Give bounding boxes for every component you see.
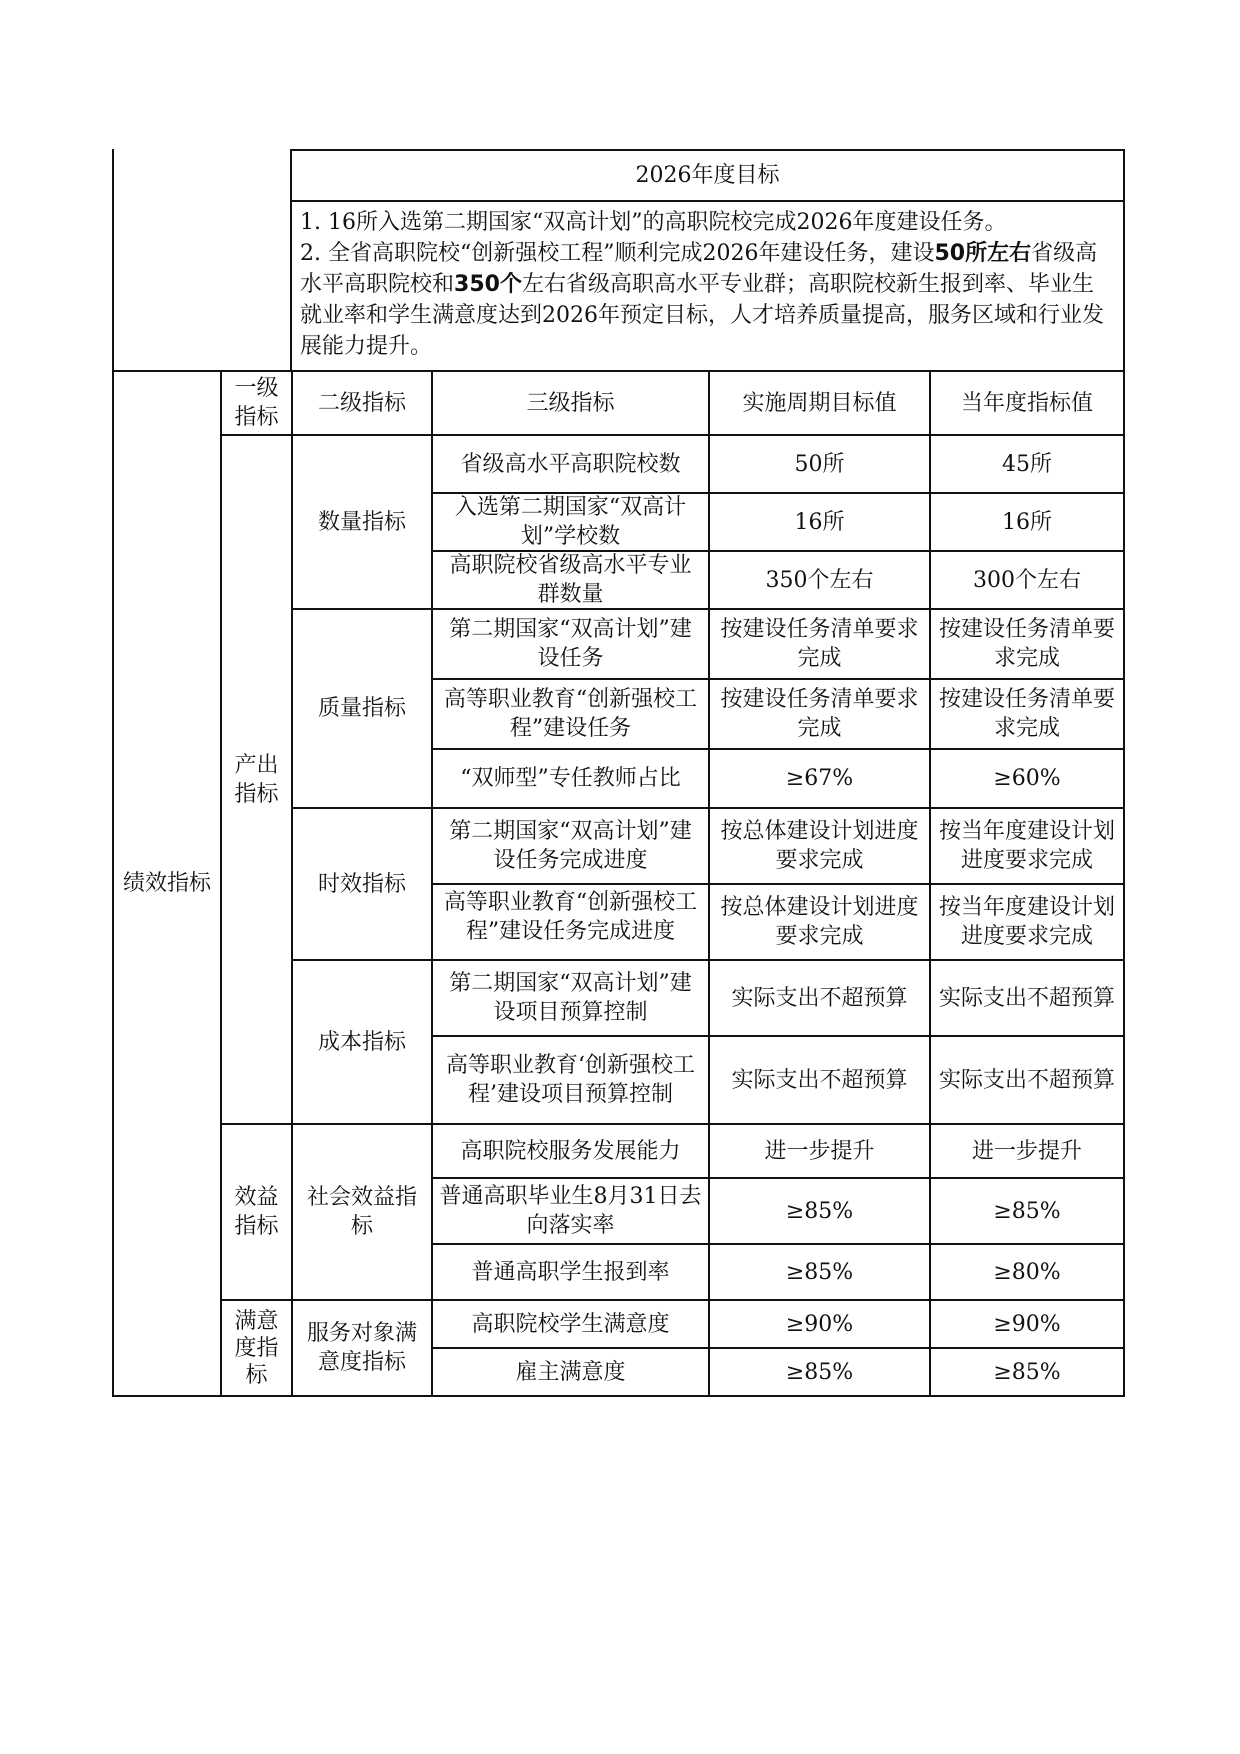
header-text: 三级指标: [526, 389, 614, 418]
table-row-annual: 实际支出不超预算: [929, 959, 1125, 1037]
level2-text: 社会效益指标: [299, 1183, 425, 1241]
annual-text: 按建设任务清单要求完成: [937, 685, 1117, 743]
header-annual-target: 当年度指标值: [929, 370, 1125, 436]
level2-text: 服务对象满意度指标: [303, 1319, 421, 1377]
section-label-text: 绩效指标: [123, 869, 211, 898]
period-text: ≥85%: [786, 1358, 853, 1387]
section-label-performance: 绩效指标: [112, 370, 222, 1397]
table-row-period: ≥67%: [708, 748, 931, 809]
annual-text: 300个左右: [973, 566, 1081, 595]
annual-text: ≥85%: [993, 1358, 1060, 1387]
table-row-period: 按总体建设计划进度要求完成: [708, 883, 931, 961]
goal-bold-text: 350个: [454, 272, 522, 297]
indicator-text: “双师型”专任教师占比: [460, 764, 681, 793]
level1-text: 满意度指标: [230, 1308, 283, 1389]
level1-text: 产出指标: [232, 751, 281, 809]
period-text: 16所: [795, 508, 845, 537]
period-text: 按总体建设计划进度要求完成: [716, 817, 923, 875]
year-goal-title-text: 2026年度目标: [636, 161, 780, 190]
indicator-text: 第二期国家“双高计划”建设项目预算控制: [439, 969, 702, 1027]
table-row-indicator: “双师型”专任教师占比: [431, 748, 710, 809]
table-row-annual: ≥85%: [929, 1177, 1125, 1245]
header-level2: 二级指标: [291, 370, 433, 436]
level1-output: 产出指标: [220, 434, 293, 1125]
indicator-text: 高职院校服务发展能力: [460, 1137, 680, 1166]
table-row-period: 实际支出不超预算: [708, 1035, 931, 1125]
level2-text: 数量指标: [318, 508, 406, 537]
header-text: 二级指标: [318, 389, 406, 418]
indicator-text: 高等职业教育“创新强校工程”建设任务完成进度: [439, 888, 702, 946]
level2-service-satisfaction: 服务对象满意度指标: [291, 1299, 433, 1397]
level2-timeliness: 时效指标: [291, 807, 433, 961]
indicator-text: 第二期国家“双高计划”建设任务: [439, 615, 702, 673]
goal-line-2: 2. 全省高职院校“创新强校工程”顺利完成2026年建设任务，建设50所左右省级…: [300, 238, 1115, 362]
table-row-annual: ≥90%: [929, 1299, 1125, 1349]
table-row-annual: ≥60%: [929, 748, 1125, 809]
indicator-text: 省级高水平高职院校数: [460, 450, 680, 479]
table-row-indicator: 高等职业教育‘创新强校工程’建设项目预算控制: [431, 1035, 710, 1125]
table-row-annual: 实际支出不超预算: [929, 1035, 1125, 1125]
table-row-annual: 按建设任务清单要求完成: [929, 678, 1125, 750]
level2-text: 成本指标: [318, 1028, 406, 1057]
indicator-text: 普通高职学生报到率: [471, 1258, 669, 1287]
annual-text: ≥60%: [993, 764, 1060, 793]
table-row-annual: 按建设任务清单要求完成: [929, 608, 1125, 680]
level2-text: 质量指标: [318, 694, 406, 723]
level2-text: 时效指标: [318, 870, 406, 899]
table-row-indicator: 入选第二期国家“双高计划”学校数: [431, 492, 710, 552]
indicator-text: 高等职业教育“创新强校工程”建设任务: [439, 685, 702, 743]
header-text: 当年度指标值: [961, 389, 1093, 418]
indicator-text: 第二期国家“双高计划”建设任务完成进度: [439, 817, 702, 875]
indicator-text: 高等职业教育‘创新强校工程’建设项目预算控制: [439, 1051, 702, 1109]
table-row-annual: ≥80%: [929, 1243, 1125, 1301]
table-row-period: 350个左右: [708, 550, 931, 610]
level2-cost: 成本指标: [291, 959, 433, 1125]
table-row-period: ≥85%: [708, 1347, 931, 1397]
level2-quality: 质量指标: [291, 608, 433, 809]
table-row-indicator: 第二期国家“双高计划”建设项目预算控制: [431, 959, 710, 1037]
header-text: 一级指标: [232, 374, 281, 432]
level2-social-benefit: 社会效益指标: [291, 1123, 433, 1301]
header-period-target: 实施周期目标值: [708, 370, 931, 436]
table-row-annual: 300个左右: [929, 550, 1125, 610]
table-row-indicator: 省级高水平高职院校数: [431, 434, 710, 494]
period-text: 进一步提升: [764, 1137, 874, 1166]
table-row-annual: 16所: [929, 492, 1125, 552]
header-text: 实施周期目标值: [742, 389, 896, 418]
annual-text: 按建设任务清单要求完成: [937, 615, 1117, 673]
period-text: 350个左右: [766, 566, 874, 595]
indicator-text: 入选第二期国家“双高计划”学校数: [439, 493, 702, 551]
annual-text: 按当年度建设计划进度要求完成: [937, 893, 1117, 951]
annual-text: 按当年度建设计划进度要求完成: [937, 817, 1117, 875]
left-border-continuation: [112, 149, 114, 372]
annual-text: 16所: [1002, 508, 1052, 537]
indicator-text: 高职院校学生满意度: [471, 1310, 669, 1339]
annual-text: ≥85%: [993, 1197, 1060, 1226]
table-row-indicator: 高职院校服务发展能力: [431, 1123, 710, 1179]
table-row-period: 16所: [708, 492, 931, 552]
period-text: ≥90%: [786, 1310, 853, 1339]
header-level3: 三级指标: [431, 370, 710, 436]
level1-benefit: 效益指标: [220, 1123, 293, 1301]
table-row-indicator: 雇主满意度: [431, 1347, 710, 1397]
level1-text: 效益指标: [232, 1183, 281, 1241]
table-row-period: 按建设任务清单要求完成: [708, 608, 931, 680]
annual-text: 实际支出不超预算: [939, 1066, 1115, 1095]
table-row-annual: ≥85%: [929, 1347, 1125, 1397]
period-text: 实际支出不超预算: [731, 984, 907, 1013]
table-row-period: 进一步提升: [708, 1123, 931, 1179]
goal-line-1: 1. 16所入选第二期国家“双高计划”的高职院校完成2026年度建设任务。: [300, 207, 1115, 238]
table-row-period: 按建设任务清单要求完成: [708, 678, 931, 750]
goal-bold-text: 50所左右: [934, 241, 1031, 266]
table-row-indicator: 普通高职学生报到率: [431, 1243, 710, 1301]
period-text: ≥85%: [786, 1258, 853, 1287]
period-text: 实际支出不超预算: [731, 1066, 907, 1095]
level1-satisfaction: 满意度指标: [220, 1299, 293, 1397]
table-row-indicator: 第二期国家“双高计划”建设任务: [431, 608, 710, 680]
table-row-annual: 45所: [929, 434, 1125, 494]
period-text: 按总体建设计划进度要求完成: [716, 893, 923, 951]
table-row-period: 按总体建设计划进度要求完成: [708, 807, 931, 885]
year-goal-description: 1. 16所入选第二期国家“双高计划”的高职院校完成2026年度建设任务。 2.…: [290, 200, 1125, 372]
table-row-annual: 进一步提升: [929, 1123, 1125, 1179]
table-row-indicator: 高职院校学生满意度: [431, 1299, 710, 1349]
annual-text: 进一步提升: [972, 1137, 1082, 1166]
annual-text: ≥90%: [993, 1310, 1060, 1339]
table-row-period: 50所: [708, 434, 931, 494]
period-text: ≥67%: [786, 764, 853, 793]
period-text: 按建设任务清单要求完成: [716, 685, 923, 743]
table-row-indicator: 普通高职毕业生8月31日去向落实率: [431, 1177, 710, 1245]
year-goal-title: 2026年度目标: [290, 149, 1125, 202]
annual-text: 45所: [1002, 450, 1052, 479]
table-row-period: ≥85%: [708, 1177, 931, 1245]
goal-text: 2. 全省高职院校“创新强校工程”顺利完成2026年建设任务，建设: [300, 241, 934, 266]
table-row-period: 实际支出不超预算: [708, 959, 931, 1037]
period-text: 50所: [795, 450, 845, 479]
table-row-annual: 按当年度建设计划进度要求完成: [929, 883, 1125, 961]
indicator-text: 高职院校省级高水平专业群数量: [439, 551, 702, 609]
table-row-period: ≥90%: [708, 1299, 931, 1349]
annual-text: ≥80%: [993, 1258, 1060, 1287]
goal-text: 1. 16所入选第二期国家“双高计划”的高职院校完成2026年度建设任务。: [300, 210, 1006, 235]
table-row-indicator: 第二期国家“双高计划”建设任务完成进度: [431, 807, 710, 885]
level2-quantity: 数量指标: [291, 434, 433, 610]
table-row-annual: 按当年度建设计划进度要求完成: [929, 807, 1125, 885]
table-row-period: ≥85%: [708, 1243, 931, 1301]
annual-text: 实际支出不超预算: [939, 984, 1115, 1013]
table-row-indicator: 高等职业教育“创新强校工程”建设任务: [431, 678, 710, 750]
period-text: ≥85%: [786, 1197, 853, 1226]
indicator-text: 雇主满意度: [515, 1358, 625, 1387]
table-row-indicator: 高职院校省级高水平专业群数量: [431, 550, 710, 610]
header-level1: 一级指标: [220, 370, 293, 436]
indicator-text: 普通高职毕业生8月31日去向落实率: [439, 1182, 702, 1240]
period-text: 按建设任务清单要求完成: [716, 615, 923, 673]
table-row-indicator: 高等职业教育“创新强校工程”建设任务完成进度: [431, 883, 710, 961]
